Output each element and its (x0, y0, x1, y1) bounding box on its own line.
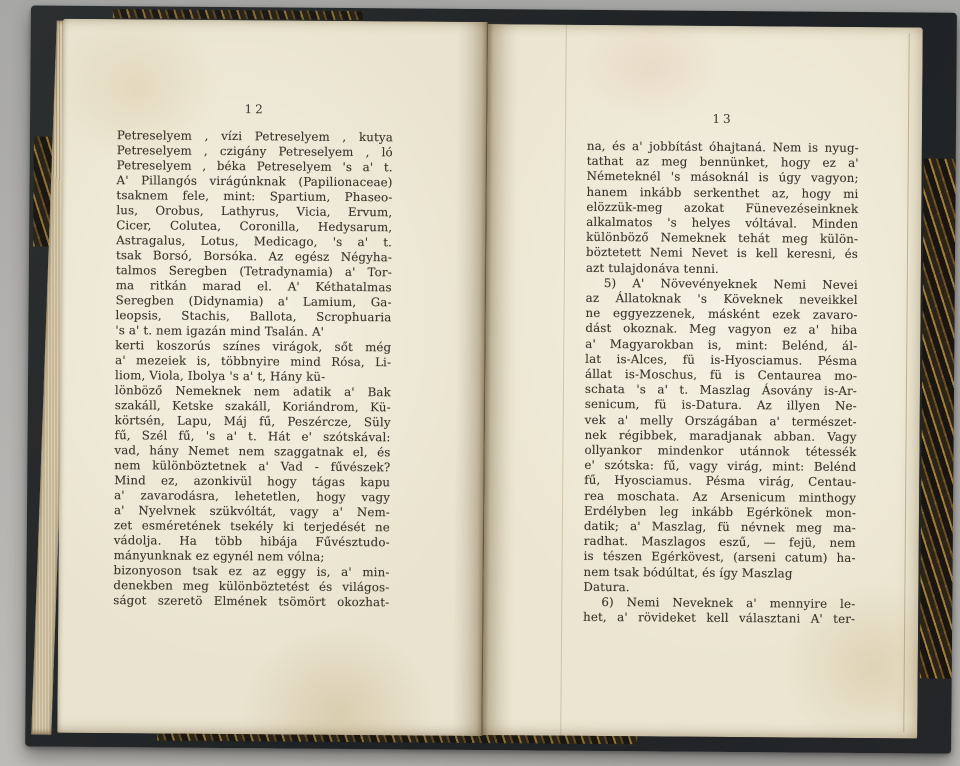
text-line: het, a' rövideket kell választani A' ter… (583, 610, 855, 627)
left-page-number: 12 (117, 101, 393, 117)
text-line: is tészen Egérkövest, (arseni catum) ha- (584, 549, 856, 566)
right-page: 13 na, és a' jobbítást óhajtaná. Nem is … (482, 24, 923, 738)
text-line: dást okoznak. Meg vagyon ez a' hiba (585, 321, 857, 338)
text-line: böztetett Nemi Nevet is kell keresni, és (586, 245, 858, 262)
open-book: 12 Petreselyem , vízi Petreselyem , kuty… (0, 0, 960, 766)
right-page-text: na, és a' jobbítást óhajtaná. Nem is nyu… (583, 139, 859, 628)
right-page-number: 13 (587, 111, 859, 127)
page-fore-edge-line (903, 33, 909, 732)
text-line: fű, Hyosciamus. Pésma virág, Centau- (584, 473, 856, 490)
marbled-fore-edge (920, 158, 956, 678)
left-page-text: Petreselyem , vízi Petreselyem , kutyaPe… (113, 128, 393, 610)
text-line: Németeknél 's másoknál is úgy vagyon; (587, 169, 859, 186)
text-line: senicum, fü is-Datura. Az illyen Ne- (585, 397, 857, 414)
left-page: 12 Petreselyem , vízi Petreselyem , kuty… (57, 19, 488, 736)
book-photo: 12 Petreselyem , vízi Petreselyem , kuty… (0, 0, 960, 766)
gutter-crease-line (560, 25, 567, 736)
text-line: ságot szeretö Elmének tsömört okozhat- (113, 593, 389, 610)
